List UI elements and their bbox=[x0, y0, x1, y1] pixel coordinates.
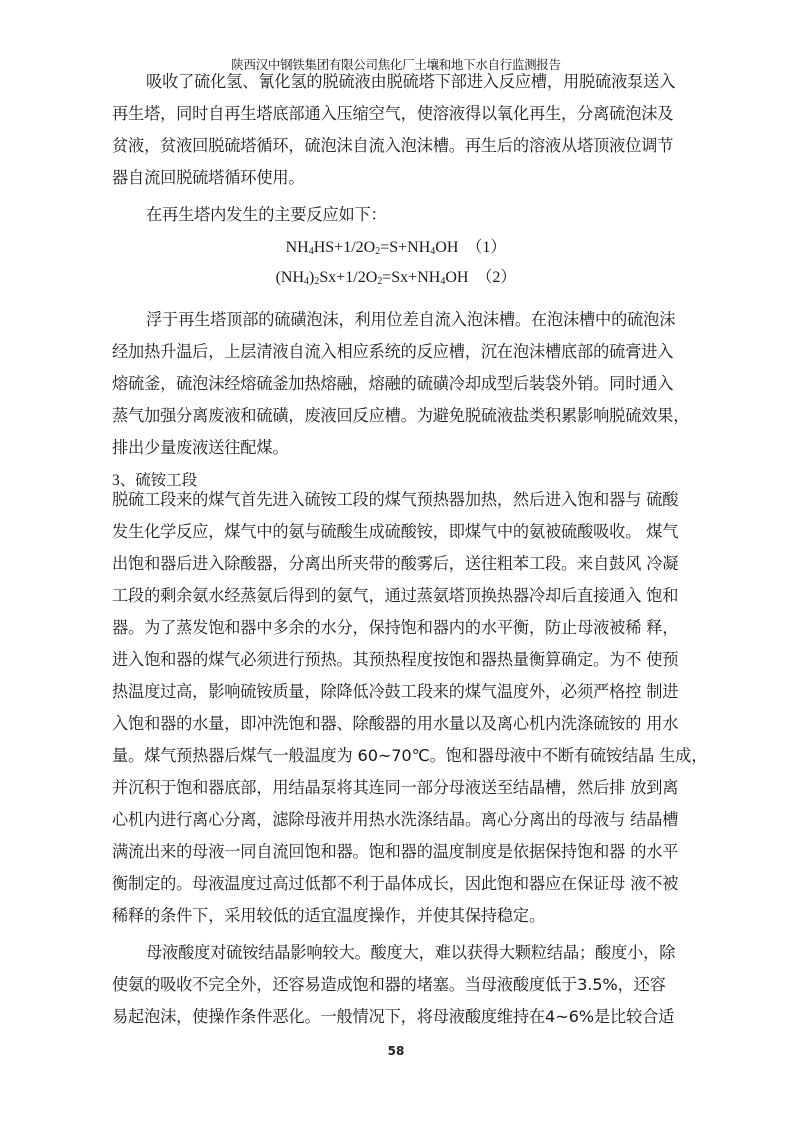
page-number: 58 bbox=[0, 1044, 792, 1058]
paragraph-line: 心机内进行离心分离，滤除母液并用热水洗涤结晶。离心分离出的母液与 结晶槽 bbox=[112, 810, 678, 830]
paragraph-line: 易起泡沫，使操作条件恶化。一般情况下，将母液酸度维持在4~6%是比较合适 bbox=[112, 1007, 678, 1027]
paragraph-line: 器。为了蒸发饱和器中多余的水分，保持饱和器内的水平衡，防止母液被稀 释， bbox=[112, 618, 678, 638]
paragraph-line: 稀释的条件下，采用较低的适宜温度操作，并使其保持稳定。 bbox=[112, 906, 678, 926]
equation-1: NH4HS+1/2O2=S+NH4OH （1） bbox=[0, 238, 792, 258]
paragraph-line: 入饱和器的水量，即冲洗饱和器、除酸器的用水量以及离心机内洗涤硫铵的 用水 bbox=[112, 714, 678, 734]
section-number: 3 bbox=[112, 472, 120, 489]
equation-2: (NH4)2Sx+1/2O2=Sx+NH4OH （2） bbox=[0, 268, 792, 288]
paragraph-line: 发生化学反应，煤气中的氨与硫酸生成硫酸铵，即煤气中的氨被硫酸吸收。 煤气 bbox=[112, 522, 678, 542]
paragraph-line: 在再生塔内发生的主要反应如下： bbox=[146, 205, 678, 225]
paragraph-line: 热温度过高，影响硫铵质量，除降低冷鼓工段来的煤气温度外，必须严格控 制进 bbox=[112, 682, 678, 702]
paragraph-line: 脱硫工段来的煤气首先进入硫铵工段的煤气预热器加热，然后进入饱和器与 硫酸 bbox=[112, 490, 678, 510]
equation-label: （2） bbox=[476, 269, 516, 286]
paragraph-line: 母液酸度对硫铵结晶影响较大。酸度大，难以获得大颗粒结晶；酸度小，除 bbox=[146, 943, 678, 963]
paragraph-line: 熔硫釜，硫泡沫经熔硫釜加热熔融，熔融的硫磺冷却成型后装袋外销。同时通入 bbox=[112, 374, 678, 394]
paragraph-line: 经加热升温后，上层清液自流入相应系统的反应槽，沉在泡沫槽底部的硫膏进入 bbox=[112, 342, 678, 362]
equation-label: （1） bbox=[466, 239, 506, 256]
paragraph-line: 衡制定的。母液温度过高过低都不利于晶体成长，因此饱和器应在保证母 液不被 bbox=[112, 874, 678, 894]
section-heading: 3、硫铵工段 bbox=[112, 471, 197, 490]
paragraph-line: 再生塔，同时自再生塔底部通入压缩空气，使溶液得以氧化再生，分离硫泡沫及 bbox=[112, 104, 678, 124]
running-header: 陕西汉中钢铁集团有限公司焦化厂土壤和地下水自行监测报告 bbox=[0, 55, 792, 73]
paragraph-line: 贫液，贫液回脱硫塔循环，硫泡沫自流入泡沫槽。再生后的溶液从塔顶液位调节 bbox=[112, 136, 678, 156]
paragraph-line: 量。煤气预热器后煤气一般温度为 60~70℃。饱和器母液中不断有硫铵结晶 生成， bbox=[112, 746, 678, 766]
paragraph-line: 出饱和器后进入除酸器，分离出所夹带的酸雾后，送往粗苯工段。来自鼓风 冷凝 bbox=[112, 554, 678, 574]
paragraph-line: 吸收了硫化氢、氰化氢的脱硫液由脱硫塔下部进入反应槽，用脱硫液泵送入 bbox=[146, 72, 678, 92]
document-page: 陕西汉中钢铁集团有限公司焦化厂土壤和地下水自行监测报告 吸收了硫化氢、氰化氢的脱… bbox=[0, 0, 792, 1121]
paragraph-line: 进入饱和器的煤气必须进行预热。其预热程度按饱和器热量衡算确定。为不 使预 bbox=[112, 650, 678, 670]
paragraph-line: 工段的剩余氨水经蒸氨后得到的氨气，通过蒸氨塔顶换热器冷却后直接通入 饱和 bbox=[112, 586, 678, 606]
paragraph-line: 浮于再生塔顶部的硫磺泡沫，利用位差自流入泡沫槽。在泡沫槽中的硫泡沫 bbox=[146, 310, 678, 330]
paragraph-line: 器自流回脱硫塔循环使用。 bbox=[112, 168, 678, 188]
paragraph-line: 并沉积于饱和器底部，用结晶泵将其连同一部分母液送至结晶槽，然后排 放到离 bbox=[112, 778, 678, 798]
paragraph-line: 排出少量废液送往配煤。 bbox=[112, 438, 678, 458]
paragraph-line: 满流出来的母液一同自流回饱和器。饱和器的温度制度是依据保持饱和器 的水平 bbox=[112, 842, 678, 862]
paragraph-line: 蒸气加强分离废液和硫磺，废液回反应槽。为避免脱硫液盐类积累影响脱硫效果， bbox=[112, 406, 678, 426]
section-title: 硫铵工段 bbox=[135, 471, 197, 489]
paragraph-line: 使氨的吸收不完全外，还容易造成饱和器的堵塞。当母液酸度低于3.5%，还容 bbox=[112, 975, 678, 995]
